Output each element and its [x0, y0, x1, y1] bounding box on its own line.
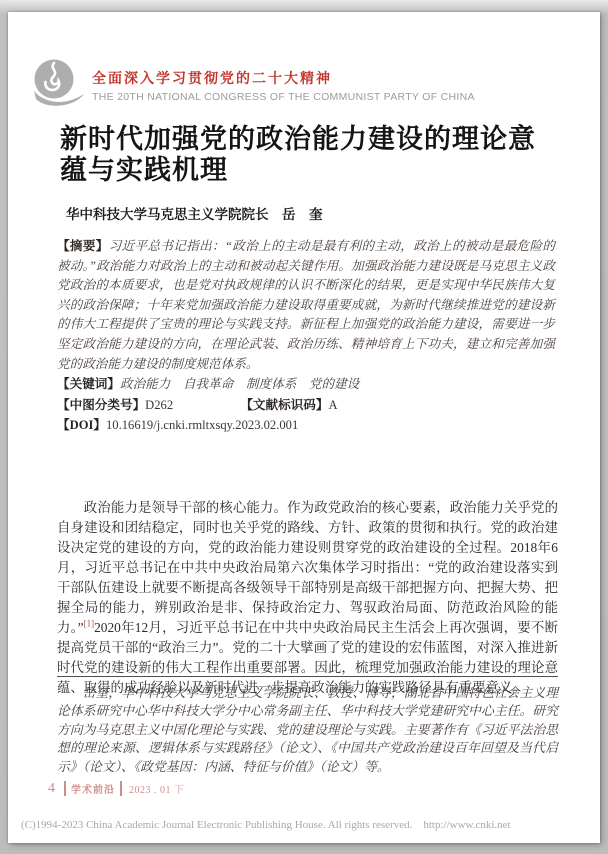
page-footer: 4 学术前沿 2023 . 01 下	[48, 781, 185, 796]
doc-code-label: 【文献标识码】	[240, 398, 328, 412]
doi-value: 10.16619/j.cnki.rmltxsqy.2023.02.001	[106, 418, 298, 432]
abstract-text: 习近平总书记指出：“政治上的主动是最有利的主动，政治上的被动是最危险的被动。”政…	[57, 239, 555, 371]
keywords-text: 政治能力 自我革命 制度体系 党的建设	[120, 377, 359, 391]
article-meta-block: 【摘要】习近平总书记指出：“政治上的主动是最有利的主动，政治上的被动是最危险的被…	[57, 236, 555, 436]
doi-label: 【DOI】	[57, 418, 106, 432]
journal-page: 全面深入学习贯彻党的二十大精神 THE 20TH NATIONAL CONGRE…	[8, 12, 600, 843]
keywords-row: 【关键词】政治能力 自我革命 制度体系 党的建设	[57, 375, 555, 395]
cnki-copyright-line: (C)1994-2023 China Academic Journal Elec…	[21, 819, 511, 831]
congress-banner: 全面深入学习贯彻党的二十大精神 THE 20TH NATIONAL CONGRE…	[30, 58, 475, 108]
body-text-before-ref: 政治能力是领导干部的核心能力。作为政党政治的核心要素，政治能力关乎党的自身建设和…	[57, 500, 558, 635]
doc-code-value: A	[328, 398, 337, 412]
footnote-ref-1: [1]	[84, 619, 95, 629]
journal-name-badge: 学术前沿	[64, 781, 122, 796]
bio-separator-rule	[57, 676, 558, 677]
author-bio: 岳奎，华中科技大学马克思主义学院院长、教授、博导，湖北省中国特色社会主义理论体系…	[57, 684, 558, 776]
doi-row: 【DOI】10.16619/j.cnki.rmltxsqy.2023.02.00…	[57, 416, 555, 436]
clc-value: D262	[145, 398, 173, 412]
banner-slogan-cn: 全面深入学习贯彻党的二十大精神	[92, 68, 475, 88]
classification-row: 【中图分类号】D262 【文献标识码】A	[57, 396, 555, 416]
clc-label: 【中图分类号】	[57, 398, 145, 412]
issue-label: 2023 . 01 下	[129, 781, 185, 796]
banner-slogan-en: THE 20TH NATIONAL CONGRESS OF THE COMMUN…	[92, 91, 475, 103]
congress-emblem-icon	[30, 58, 88, 108]
page-number: 4	[48, 782, 55, 796]
abstract-row: 【摘要】习近平总书记指出：“政治上的主动是最有利的主动，政治上的被动是最危险的被…	[57, 237, 555, 374]
abstract-label: 【摘要】	[57, 239, 109, 253]
document-viewer: 全面深入学习贯彻党的二十大精神 THE 20TH NATIONAL CONGRE…	[0, 0, 608, 854]
author-affiliation: 华中科技大学马克思主义学院院长 岳 奎	[66, 203, 323, 223]
keywords-label: 【关键词】	[57, 377, 120, 391]
banner-text: 全面深入学习贯彻党的二十大精神 THE 20TH NATIONAL CONGRE…	[92, 68, 475, 103]
body-paragraph: 政治能力是领导干部的核心能力。作为政党政治的核心要素，政治能力关乎党的自身建设和…	[57, 498, 558, 698]
article-title: 新时代加强党的政治能力建设的理论意蕴与实践机理	[60, 124, 560, 186]
